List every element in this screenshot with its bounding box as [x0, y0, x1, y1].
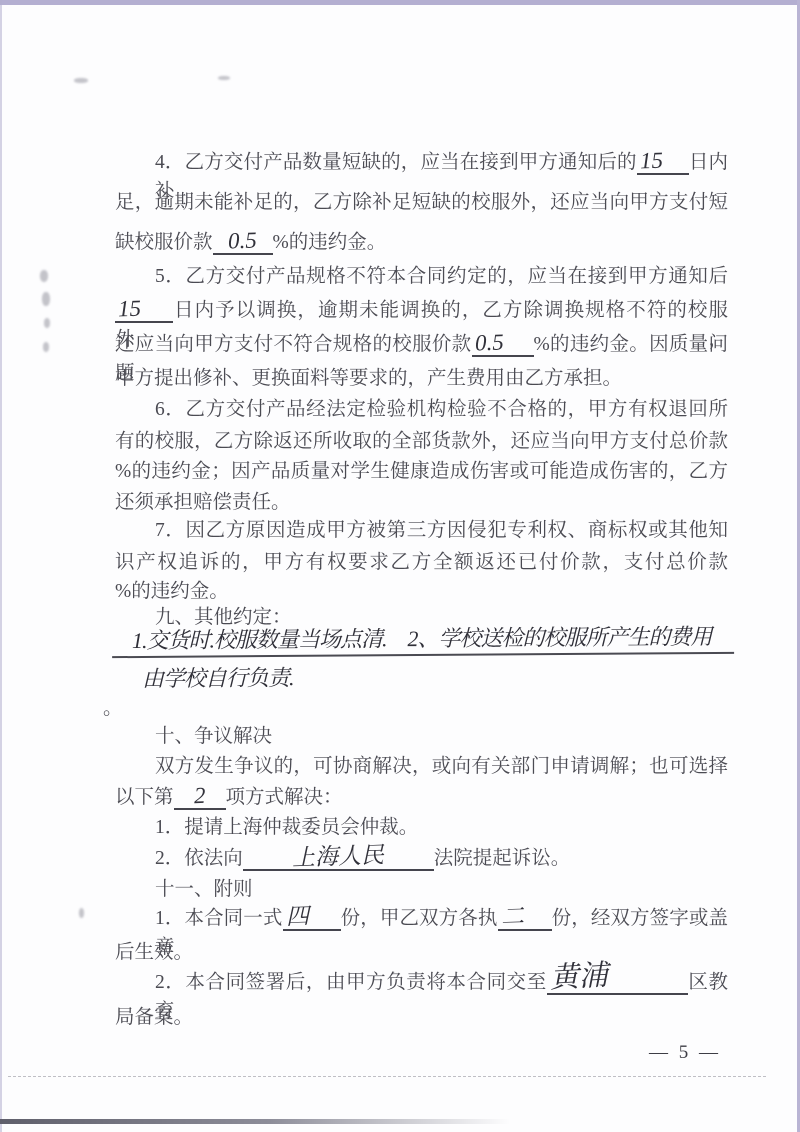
scan-artifact: [79, 908, 84, 918]
blank-underline: 0.5: [213, 232, 273, 255]
text-run: 2．依法向: [155, 848, 243, 869]
text-run: 7．因乙方原因造成甲方被第三方因侵犯专利权、商标权或其他知: [155, 520, 728, 541]
scan-artifact: [42, 292, 50, 306]
text-line: 双方发生争议的，可协商解决，或向有关部门申请调解；也可选择: [115, 750, 728, 782]
scan-artifact: [74, 78, 88, 83]
handwritten-note-line: 1.交货时.校服数量当场点清. 2、学校送检的校服所产生的费用: [112, 620, 734, 658]
blank-underline: 四: [283, 908, 341, 931]
scan-artifact-line: [8, 1076, 766, 1077]
blank-underline: 黄浦: [547, 970, 688, 995]
text-run: 还须承担赔偿责任。: [115, 492, 291, 513]
text-run: 4．乙方交付产品数量短缺的，应当在接到甲方通知后的: [155, 152, 637, 173]
contract-page: 4．乙方交付产品数量短缺的，应当在接到甲方通知后的15日内补足，逾期未能补足的，…: [0, 0, 800, 1132]
text-run: 足，逾期未能补足的，乙方除补足短缺的校服外，还应当向甲方支付短: [115, 192, 728, 213]
text-run: 双方发生争议的，可协商解决，或向有关部门申请调解；也可选择: [155, 756, 728, 777]
text-run: 由学校自行负责.: [142, 665, 294, 691]
scan-artifact: [40, 270, 48, 282]
scan-artifact: [218, 76, 230, 80]
text-run: 缺校服价款: [115, 232, 213, 253]
handwritten-fill: 15: [639, 152, 663, 171]
text-run: 1.交货时.校服数量当场点清. 2、学校送检的校服所产生的费用: [132, 624, 712, 653]
blank-underline: 上海人民: [243, 848, 434, 871]
text-run: %的违约金。: [115, 581, 229, 602]
text-line: 局备案。: [115, 1001, 728, 1033]
text-line: 4．乙方交付产品数量短缺的，应当在接到甲方通知后的15日内补: [115, 146, 728, 178]
text-run: 份，甲乙双方各执: [341, 908, 498, 929]
text-line: %的违约金；因产品质量对学生健康造成伤害或可能造成伤害的，乙方: [115, 455, 728, 487]
text-line: 后生效。: [115, 936, 728, 968]
page-number: — 5 —: [638, 1042, 732, 1064]
text-line: 2．依法向上海人民法院提起诉讼。: [115, 842, 728, 874]
handwritten-fill: 0.5: [228, 232, 257, 251]
text-run: 1．提请上海仲裁委员会仲裁。: [155, 817, 418, 838]
text-line: 7．因乙方原因造成甲方被第三方因侵犯专利权、商标权或其他知: [115, 514, 728, 546]
text-run: 十、争议解决: [155, 726, 272, 747]
handwritten-fill: 15: [118, 300, 142, 319]
text-line: 5．乙方交付产品规格不符本合同约定的，应当在接到甲方通知后: [115, 260, 728, 292]
text-run: 1．本合同一式: [155, 908, 283, 929]
text-run: 有的校服，乙方除返还所收取的全部货款外，还应当向甲方支付总价款: [115, 431, 728, 452]
text-line: 以下第2项方式解决：: [115, 781, 728, 813]
scan-edge-top: [0, 0, 800, 5]
text-run: %的违约金；因产品质量对学生健康造成伤害或可能造成伤害的，乙方: [115, 461, 728, 482]
blank-underline: 2: [174, 787, 226, 810]
handwritten-fill: 0.5: [474, 334, 503, 353]
blank-underline: 0.5: [472, 334, 534, 357]
blank-underline: 15: [637, 152, 689, 175]
text-run: 局备案。: [115, 1007, 193, 1028]
text-line: 足，逾期未能补足的，乙方除补足短缺的校服外，还应当向甲方支付短: [115, 186, 728, 218]
text-run: 以下第: [115, 787, 174, 808]
text-line: 有的校服，乙方除返还所收取的全部货款外，还应当向甲方支付总价款: [115, 425, 728, 457]
scan-shadow-bottom: [0, 1119, 600, 1124]
text-run: 法院提起诉讼。: [434, 848, 571, 869]
text-line: 2．本合同签署后，由甲方负责将本合同交至黄浦区教育: [115, 966, 728, 998]
text-line: 1．本合同一式四份，甲乙双方各执二份，经双方签字或盖章: [115, 902, 728, 934]
text-line: 还应当向甲方支付不符合规格的校服价款0.5%的违约金。因质量问题: [115, 328, 728, 360]
text-run: 2．本合同签署后，由甲方负责将本合同交至: [155, 972, 547, 993]
text-run: %的违约金。: [273, 232, 387, 253]
text-run: 。: [103, 698, 123, 719]
text-line: 1．提请上海仲裁委员会仲裁。: [115, 811, 728, 843]
handwritten-fill: 黄浦: [549, 966, 608, 987]
text-line: 十一、附则: [115, 873, 728, 905]
text-line: 识产权追诉的，甲方有权要求乙方全额返还已付价款，支付总价款: [115, 546, 728, 578]
text-run: 5．乙方交付产品规格不符本合同约定的，应当在接到甲方通知后: [155, 266, 728, 287]
text-line: 6．乙方交付产品经法定检验机构检验不合格的，甲方有权退回所: [115, 393, 728, 425]
text-line: 缺校服价款0.5%的违约金。: [115, 226, 728, 258]
scan-artifact: [44, 318, 50, 328]
text-line: 甲方提出修补、更换面料等要求的，产生费用由乙方承担。: [115, 362, 728, 394]
text-run: 识产权追诉的，甲方有权要求乙方全额返还已付价款，支付总价款: [115, 552, 728, 573]
scan-artifact: [43, 342, 49, 352]
text-run: 项方式解决：: [226, 787, 343, 808]
handwritten-fill: 四: [285, 908, 309, 927]
scan-edge-left: [0, 0, 2, 1132]
text-line: 15日内予以调换，逾期未能调换的，乙方除调换规格不符的校服外，: [115, 294, 728, 326]
blank-underline: 15: [115, 300, 173, 323]
blank-underline: 二: [498, 908, 552, 931]
text-run: 6．乙方交付产品经法定检验机构检验不合格的，甲方有权退回所: [155, 399, 728, 420]
text-run: 甲方提出修补、更换面料等要求的，产生费用由乙方承担。: [115, 368, 622, 389]
handwritten-note-line: 由学校自行负责.: [142, 658, 755, 694]
text-run: 后生效。: [115, 942, 193, 963]
text-run: 十一、附则: [155, 879, 253, 900]
handwritten-fill: 二: [500, 908, 524, 927]
handwritten-fill: 上海人民: [292, 846, 385, 867]
text-line: 十、争议解决: [115, 720, 728, 752]
handwritten-fill: 2: [193, 787, 205, 805]
text-run: 还应当向甲方支付不符合规格的校服价款: [115, 334, 472, 355]
